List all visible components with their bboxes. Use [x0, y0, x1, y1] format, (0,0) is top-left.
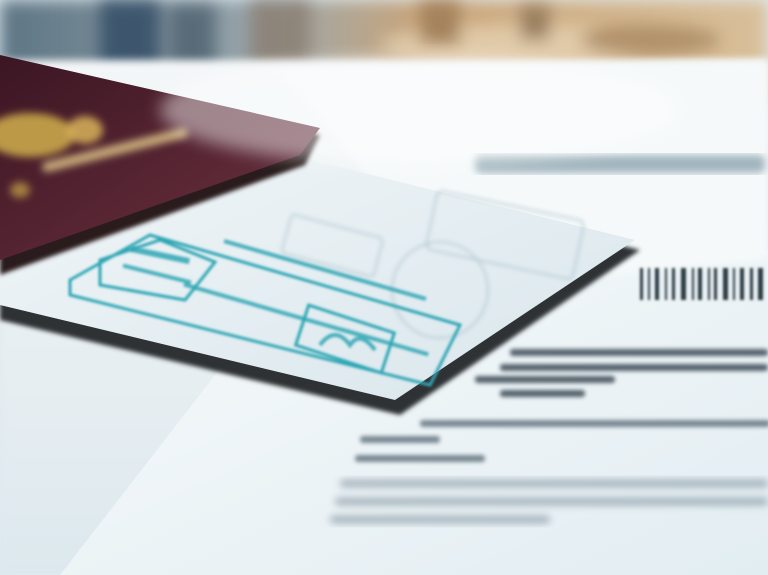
photo-scene — [0, 0, 768, 575]
photo-illustration — [0, 0, 768, 575]
